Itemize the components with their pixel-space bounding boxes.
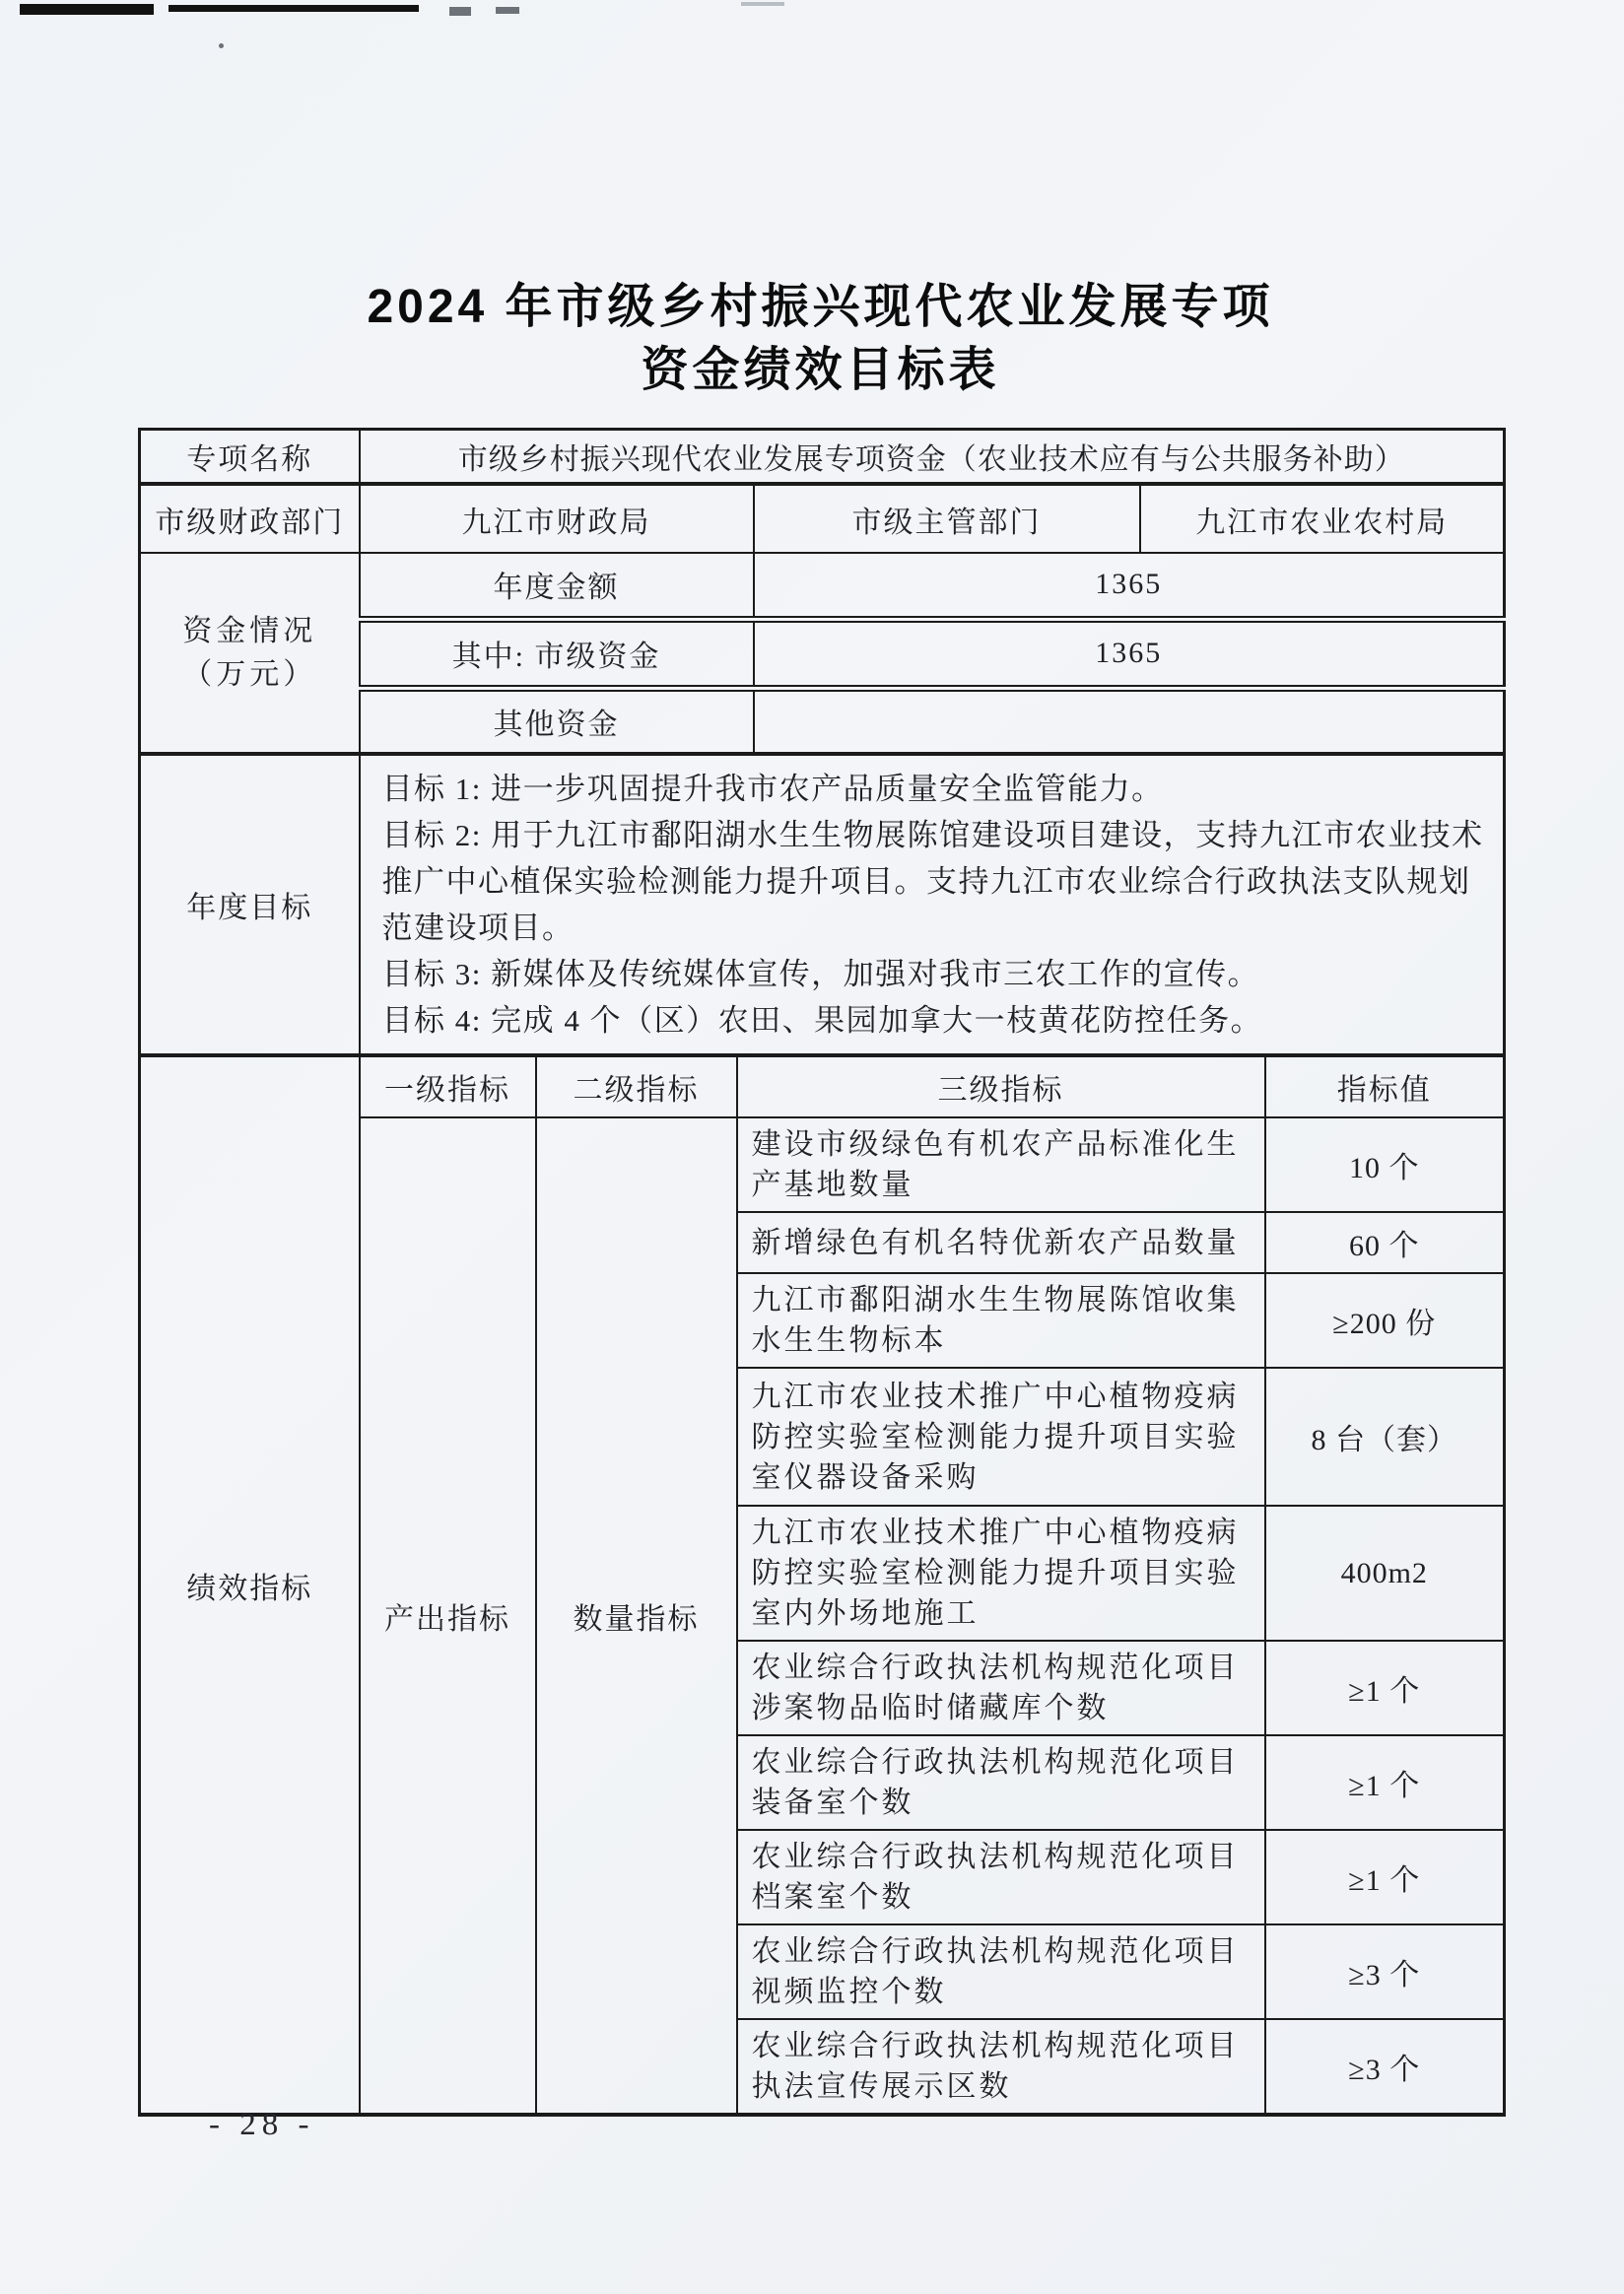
project-name-value: 市级乡村振兴现代农业发展专项资金（农业技术应有与公共服务补助）: [360, 430, 1505, 485]
indicator-text: 农业综合行政执法机构规范化项目档案室个数: [737, 1830, 1265, 1924]
fund-row-value: 1365: [754, 619, 1505, 688]
indicator-value: ≥3 个: [1265, 2019, 1505, 2115]
document-title-line2: 资金绩效目标表: [138, 339, 1503, 402]
table-row: 市级财政部门 九江市财政局 市级主管部门 九江市农业农村局: [140, 484, 1505, 553]
goal-item: 目标 2: 用于九江市鄱阳湖水生生物展陈馆建设项目建设，支持九江市农业技术推广中…: [382, 812, 1492, 951]
goal-item: 目标 1: 进一步巩固提升我市农产品质量安全监管能力。: [382, 766, 1492, 812]
fund-row-value: [754, 688, 1505, 754]
performance-indicators-label: 绩效指标: [140, 1055, 360, 2115]
indicator-value: ≥1 个: [1265, 1735, 1505, 1830]
header-level3: 三级指标: [737, 1055, 1265, 1117]
indicator-text: 农业综合行政执法机构规范化项目涉案物品临时储藏库个数: [737, 1641, 1265, 1735]
page-number: - 28 -: [209, 2107, 314, 2143]
annual-goals-label: 年度目标: [140, 754, 360, 1055]
finance-dept-label: 市级财政部门: [140, 484, 360, 553]
fund-row-value: 1365: [754, 553, 1505, 619]
scan-artifact: [219, 43, 224, 48]
indicator-value: ≥1 个: [1265, 1830, 1505, 1924]
scan-artifact: [20, 4, 154, 15]
scan-artifact: [449, 7, 471, 16]
document-title: 2024 年市级乡村振兴现代农业发展专项 资金绩效目标表: [138, 276, 1503, 402]
annual-goals-content: 目标 1: 进一步巩固提升我市农产品质量安全监管能力。 目标 2: 用于九江市鄱…: [360, 754, 1505, 1055]
header-value: 指标值: [1265, 1055, 1505, 1117]
indicator-text: 九江市鄱阳湖水生生物展陈馆收集水生生物标本: [737, 1273, 1265, 1368]
table-row: 专项名称 市级乡村振兴现代农业发展专项资金（农业技术应有与公共服务补助）: [140, 430, 1505, 485]
indicator-value: ≥1 个: [1265, 1641, 1505, 1735]
indicator-text: 建设市级绿色有机农产品标准化生产基地数量: [737, 1117, 1265, 1212]
performance-target-table: 专项名称 市级乡村振兴现代农业发展专项资金（农业技术应有与公共服务补助） 市级财…: [138, 428, 1506, 2117]
indicator-text: 新增绿色有机名特优新农产品数量: [737, 1212, 1265, 1273]
finance-dept-value: 九江市财政局: [360, 484, 754, 553]
indicator-text: 农业综合行政执法机构规范化项目视频监控个数: [737, 1924, 1265, 2019]
table-row: 绩效指标 一级指标 二级指标 三级指标 指标值: [140, 1055, 1505, 1117]
authority-label: 市级主管部门: [754, 484, 1140, 553]
funds-label-line1: 资金情况: [149, 610, 351, 653]
fund-row-name: 其中: 市级资金: [360, 619, 754, 688]
table-row: 年度目标 目标 1: 进一步巩固提升我市农产品质量安全监管能力。 目标 2: 用…: [140, 754, 1505, 1055]
document-page: 2024 年市级乡村振兴现代农业发展专项 资金绩效目标表 专项名称 市级乡村振兴…: [0, 0, 1624, 2294]
indicator-value: 400m2: [1265, 1506, 1505, 1641]
scan-artifact: [496, 7, 519, 14]
indicator-value: 8 台（套）: [1265, 1368, 1505, 1506]
goal-item: 目标 4: 完成 4 个（区）农田、果园加拿大一枝黄花防控任务。: [382, 997, 1492, 1044]
table-row: 资金情况 （万元） 年度金额 1365: [140, 553, 1505, 619]
indicator-value: ≥3 个: [1265, 1924, 1505, 2019]
document-title-line1: 2024 年市级乡村振兴现代农业发展专项: [138, 276, 1503, 339]
indicator-text: 九江市农业技术推广中心植物疫病防控实验室检测能力提升项目实验室仪器设备采购: [737, 1368, 1265, 1506]
indicator-value: 60 个: [1265, 1212, 1505, 1273]
level2-indicator-value: 数量指标: [536, 1117, 737, 2115]
funds-label-line2: （万元）: [149, 653, 351, 697]
project-name-label: 专项名称: [140, 430, 360, 485]
indicator-text: 农业综合行政执法机构规范化项目执法宣传展示区数: [737, 2019, 1265, 2115]
goal-item: 目标 3: 新媒体及传统媒体宣传，加强对我市三农工作的宣传。: [382, 951, 1492, 997]
indicator-text: 九江市农业技术推广中心植物疫病防控实验室检测能力提升项目实验室内外场地施工: [737, 1506, 1265, 1641]
header-level2: 二级指标: [536, 1055, 737, 1117]
fund-row-name: 其他资金: [360, 688, 754, 754]
scan-artifact: [169, 5, 419, 12]
indicator-value: ≥200 份: [1265, 1273, 1505, 1368]
authority-value: 九江市农业农村局: [1140, 484, 1505, 553]
fund-row-name: 年度金额: [360, 553, 754, 619]
indicator-value: 10 个: [1265, 1117, 1505, 1212]
indicator-text: 农业综合行政执法机构规范化项目装备室个数: [737, 1735, 1265, 1830]
scan-artifact: [741, 2, 784, 6]
level1-indicator-value: 产出指标: [360, 1117, 536, 2115]
header-level1: 一级指标: [360, 1055, 536, 1117]
funds-label: 资金情况 （万元）: [140, 553, 360, 754]
